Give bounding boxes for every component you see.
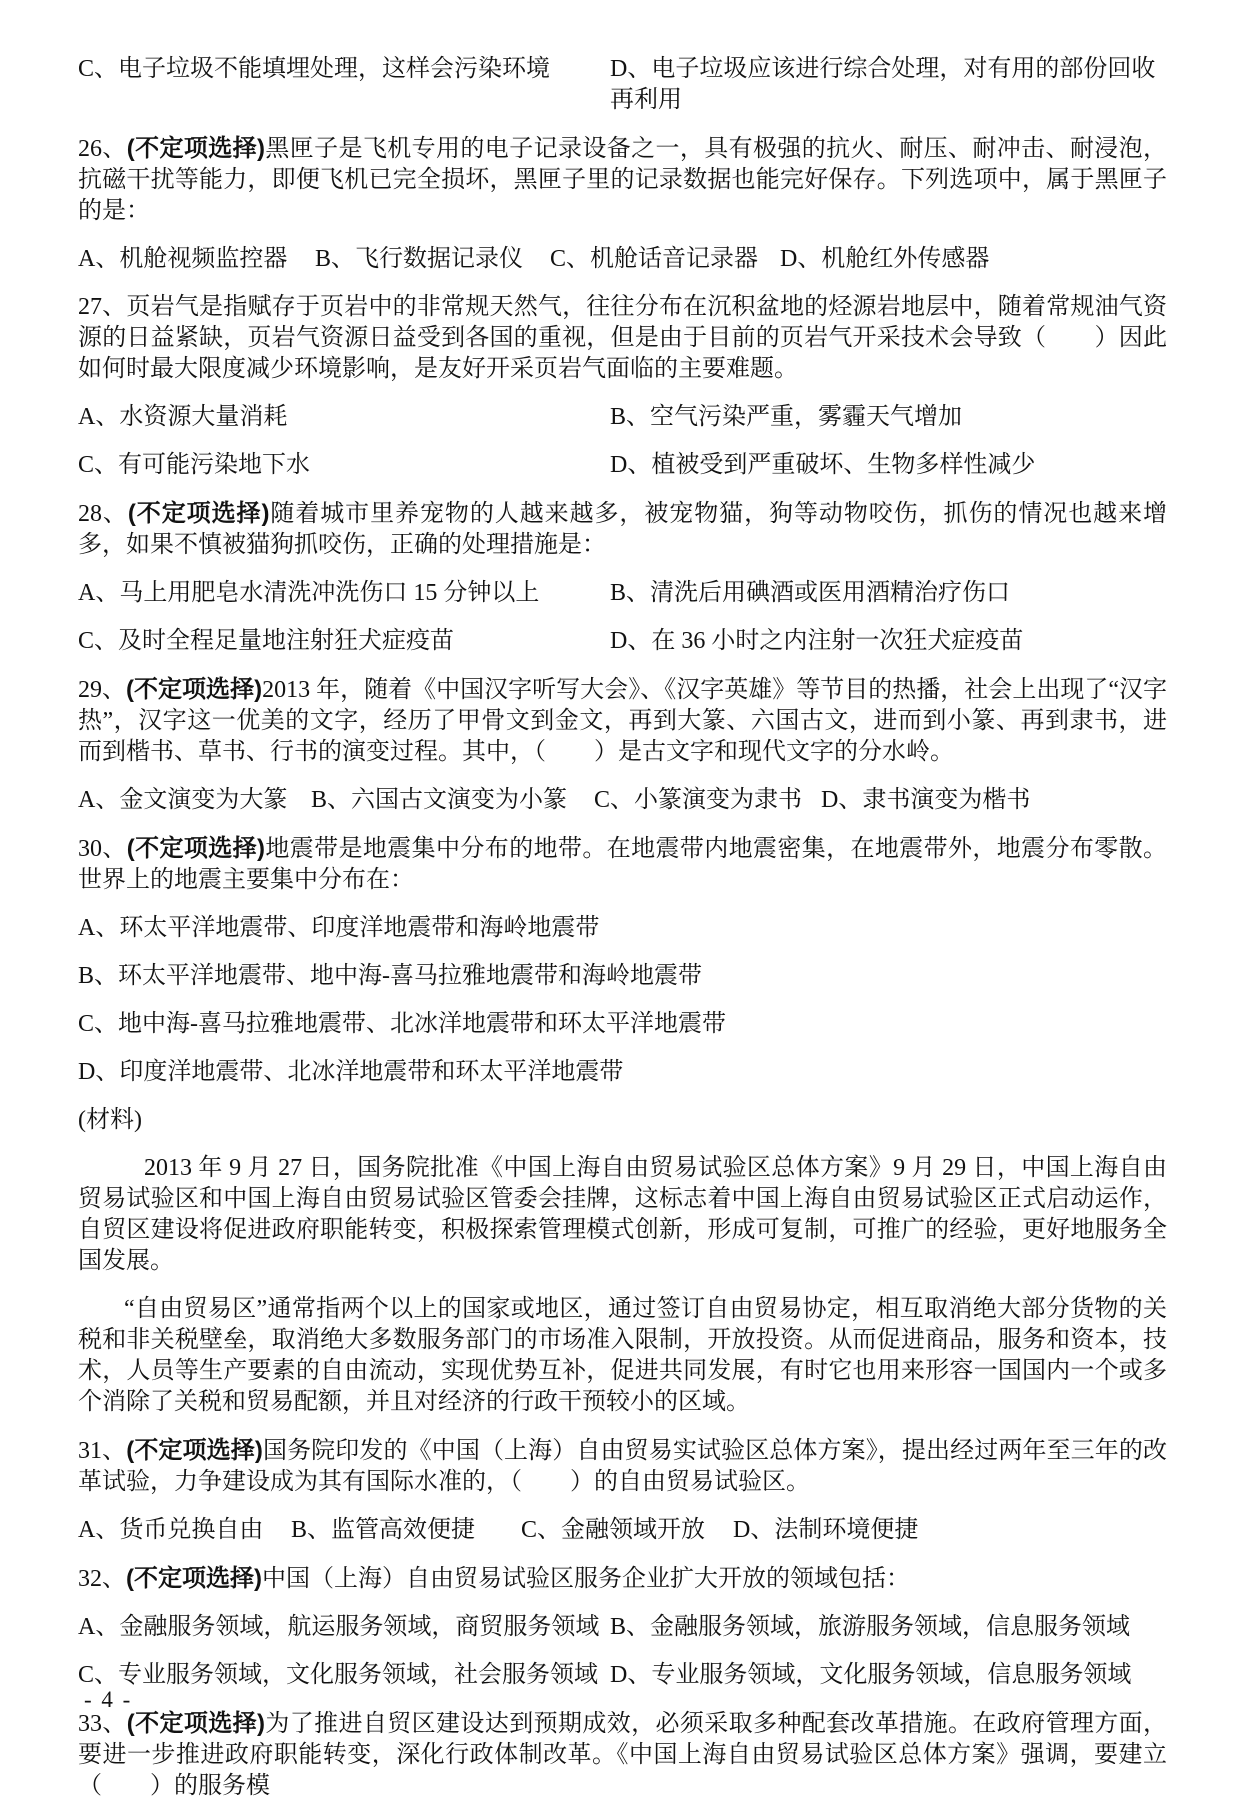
q28-option-b: B、清洗后用碘酒或医用酒精治疗伤口	[610, 578, 1167, 609]
question-30-type-tag: (不定项选择)	[127, 835, 265, 862]
q29-option-c: C、小篆演变为隶书	[594, 785, 821, 816]
question-29: 29、(不定项选择)2013 年，随着《中国汉字听写大会》、《汉字英雄》等节目的…	[78, 674, 1167, 768]
material-paragraph-1: 2013 年 9 月 27 日，国务院批准《中国上海自由贸易试验区总体方案》9 …	[78, 1153, 1167, 1277]
q32-option-a: A、金融服务领域，航运服务领域，商贸服务领域	[78, 1612, 610, 1643]
q28-option-a: A、马上用肥皂水清洗冲洗伤口 15 分钟以上	[78, 578, 610, 609]
question-28: 28、(不定项选择)随着城市里养宠物的人越来越多，被宠物猫，狗等动物咬伤，抓伤的…	[78, 498, 1167, 561]
question-30-number: 30、	[78, 836, 127, 862]
question-29-type-tag: (不定项选择)	[126, 676, 262, 703]
question-28-number: 28、	[78, 501, 128, 527]
q31-options: A、货币兑换自由 B、监管高效便捷 C、金融领域开放 D、法制环境便捷	[78, 1515, 1167, 1546]
q29-options: A、金文演变为大篆 B、六国古文演变为小篆 C、小篆演变为隶书 D、隶书演变为楷…	[78, 785, 1167, 816]
question-31-type-tag: (不定项选择)	[126, 1437, 263, 1464]
q30-option-d: D、印度洋地震带、北冰洋地震带和环太平洋地震带	[78, 1057, 1167, 1088]
q28-option-d: D、在 36 小时之内注射一次狂犬症疫苗	[610, 626, 1167, 657]
q27-options-ab: A、水资源大量消耗 B、空气污染严重，雾霾天气增加	[78, 402, 1167, 433]
question-31-number: 31、	[78, 1438, 126, 1464]
q31-option-a: A、货币兑换自由	[78, 1515, 291, 1546]
q26-options: A、机舱视频监控器 B、飞行数据记录仪 C、机舱话音记录器 D、机舱红外传感器	[78, 244, 1167, 275]
question-32-number: 32、	[78, 1566, 126, 1592]
q30-option-b: B、环太平洋地震带、地中海-喜马拉雅地震带和海岭地震带	[78, 961, 1167, 992]
q29-option-a: A、金文演变为大篆	[78, 785, 311, 816]
q26-option-c: C、机舱话音记录器	[550, 244, 780, 275]
question-26-type-tag: (不定项选择)	[127, 135, 265, 162]
q30-option-c: C、地中海-喜马拉雅地震带、北冰洋地震带和环太平洋地震带	[78, 1009, 1167, 1040]
exam-page: C、电子垃圾不能填埋处理，这样会污染环境 D、电子垃圾应该进行综合处理，对有用的…	[0, 0, 1241, 1802]
q31-option-c: C、金融领域开放	[521, 1515, 733, 1546]
q26-option-a: A、机舱视频监控器	[78, 244, 315, 275]
question-33-type-tag: (不定项选择)	[127, 1710, 265, 1737]
q26-option-d: D、机舱红外传感器	[780, 244, 989, 275]
q30-option-a: A、环太平洋地震带、印度洋地震带和海岭地震带	[78, 913, 1167, 944]
question-27-text: 页岩气是指赋存于页岩中的非常规天然气，往往分布在沉积盆地的烃源岩地层中，随着常规…	[78, 294, 1167, 382]
q27-option-b: B、空气污染严重，雾霾天气增加	[610, 402, 1167, 433]
question-27-number: 27、	[78, 294, 126, 320]
q32-option-b: B、金融服务领域，旅游服务领域，信息服务领域	[610, 1612, 1167, 1643]
q32-options-cd: C、专业服务领域，文化服务领域，社会服务领域 D、专业服务领域，文化服务领域，信…	[78, 1660, 1167, 1691]
q32-option-d: D、专业服务领域，文化服务领域，信息服务领域	[610, 1660, 1167, 1691]
q25-option-d: D、电子垃圾应该进行综合处理，对有用的部份回收再利用	[610, 54, 1167, 116]
question-31: 31、(不定项选择)国务院印发的《中国（上海）自由贸易实试验区总体方案》，提出经…	[78, 1435, 1167, 1498]
q27-option-a: A、水资源大量消耗	[78, 402, 610, 433]
page-number: - 4 -	[84, 1684, 132, 1715]
q25-option-c: C、电子垃圾不能填埋处理，这样会污染环境	[78, 54, 610, 116]
question-27: 27、页岩气是指赋存于页岩中的非常规天然气，往往分布在沉积盆地的烃源岩地层中，随…	[78, 292, 1167, 385]
q27-option-c: C、有可能污染地下水	[78, 450, 610, 481]
q27-option-d: D、植被受到严重破坏、生物多样性减少	[610, 450, 1167, 481]
question-28-type-tag: (不定项选择)	[128, 500, 270, 527]
question-26-number: 26、	[78, 136, 127, 162]
question-30: 30、(不定项选择)地震带是地震集中分布的地带。在地震带内地震密集，在地震带外，…	[78, 833, 1167, 896]
question-32-type-tag: (不定项选择)	[126, 1565, 262, 1592]
q25-options-cd: C、电子垃圾不能填埋处理，这样会污染环境 D、电子垃圾应该进行综合处理，对有用的…	[78, 54, 1167, 116]
q28-option-c: C、及时全程足量地注射狂犬症疫苗	[78, 626, 610, 657]
q29-option-b: B、六国古文演变为小篆	[311, 785, 594, 816]
question-32: 32、(不定项选择)中国（上海）自由贸易试验区服务企业扩大开放的领域包括：	[78, 1563, 1167, 1595]
question-29-number: 29、	[78, 677, 126, 703]
q32-options-ab: A、金融服务领域，航运服务领域，商贸服务领域 B、金融服务领域，旅游服务领域，信…	[78, 1612, 1167, 1643]
material-label: (材料)	[78, 1105, 1167, 1136]
q29-option-d: D、隶书演变为楷书	[821, 785, 1030, 816]
material-paragraph-2: “自由贸易区”通常指两个以上的国家或地区，通过签订自由贸易协定，相互取消绝大部分…	[78, 1294, 1167, 1418]
q31-option-d: D、法制环境便捷	[733, 1515, 918, 1546]
q28-options-ab: A、马上用肥皂水清洗冲洗伤口 15 分钟以上 B、清洗后用碘酒或医用酒精治疗伤口	[78, 578, 1167, 609]
question-33: 33、(不定项选择)为了推进自贸区建设达到预期成效，必须采取多种配套改革措施。在…	[78, 1708, 1167, 1802]
question-32-text: 中国（上海）自由贸易试验区服务企业扩大开放的领域包括：	[262, 1566, 910, 1592]
q32-option-c: C、专业服务领域，文化服务领域，社会服务领域	[78, 1660, 610, 1691]
q28-options-cd: C、及时全程足量地注射狂犬症疫苗 D、在 36 小时之内注射一次狂犬症疫苗	[78, 626, 1167, 657]
question-26: 26、(不定项选择)黑匣子是飞机专用的电子记录设备之一，具有极强的抗火、耐压、耐…	[78, 133, 1167, 227]
q31-option-b: B、监管高效便捷	[291, 1515, 521, 1546]
q26-option-b: B、飞行数据记录仪	[315, 244, 550, 275]
q27-options-cd: C、有可能污染地下水 D、植被受到严重破坏、生物多样性减少	[78, 450, 1167, 481]
